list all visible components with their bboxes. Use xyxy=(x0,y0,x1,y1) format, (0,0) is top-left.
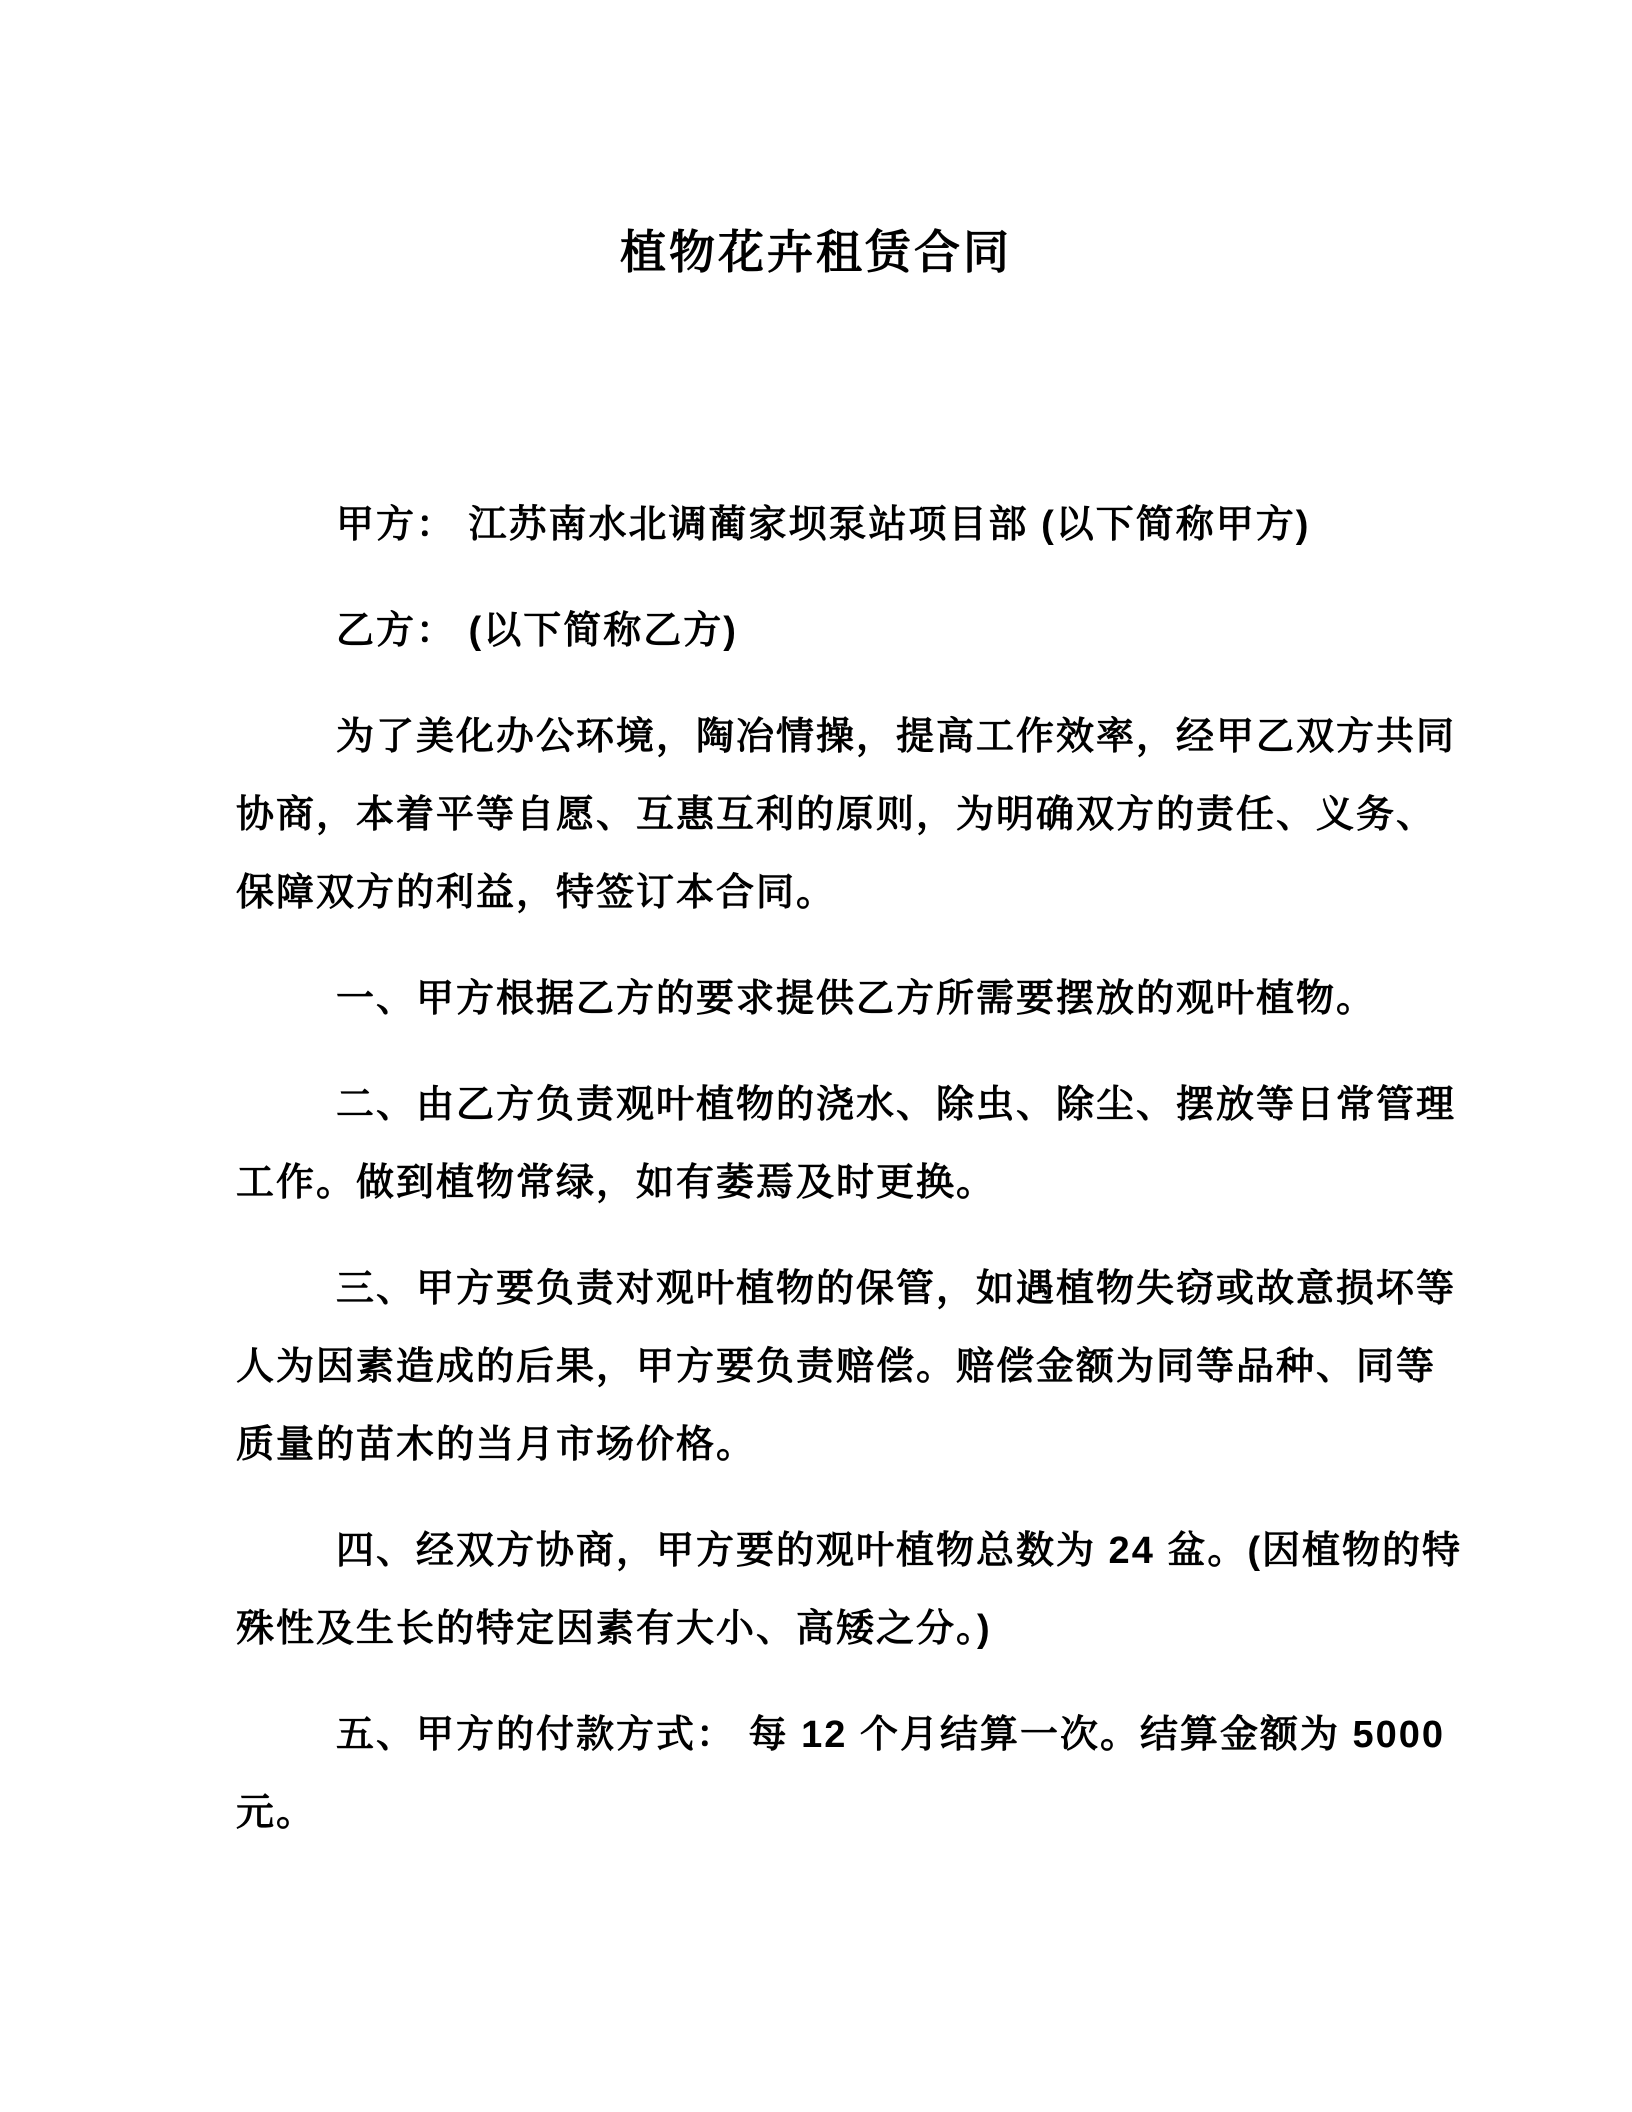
document-title: 植物花卉租赁合同 xyxy=(0,222,1632,282)
clause-2-paragraph: 二、由乙方负责观叶植物的浇水、除虫、除尘、摆放等日常管理 工作。做到植物常绿，如… xyxy=(236,1066,1400,1222)
party-b-line: 乙方： (以下简称乙方) xyxy=(236,592,1400,670)
clause-4-line-2: 殊性及生长的特定因素有大小、高矮之分。) xyxy=(236,1590,1400,1668)
preamble-paragraph: 为了美化办公环境，陶冶情操，提高工作效率，经甲乙双方共同 协商，本着平等自愿、互… xyxy=(236,698,1400,932)
clause-3-line-3: 质量的苗木的当月市场价格。 xyxy=(236,1406,1400,1484)
preamble-line-1: 为了美化办公环境，陶冶情操，提高工作效率，经甲乙双方共同 xyxy=(236,698,1400,776)
clause-2-line-2: 工作。做到植物常绿，如有萎焉及时更换。 xyxy=(236,1144,1400,1222)
clause-3-line-1: 三、甲方要负责对观叶植物的保管，如遇植物失窃或故意损坏等 xyxy=(236,1250,1400,1328)
clause-2-line-1: 二、由乙方负责观叶植物的浇水、除虫、除尘、摆放等日常管理 xyxy=(236,1066,1400,1144)
party-b-paragraph: 乙方： (以下简称乙方) xyxy=(236,592,1400,670)
document-body: 甲方： 江苏南水北调蔺家坝泵站项目部 (以下简称甲方) 乙方： (以下简称乙方)… xyxy=(236,486,1400,1852)
clause-4-paragraph: 四、经双方协商，甲方要的观叶植物总数为 24 盆。(因植物的特 殊性及生长的特定… xyxy=(236,1512,1400,1668)
clause-1-paragraph: 一、甲方根据乙方的要求提供乙方所需要摆放的观叶植物。 xyxy=(236,960,1400,1038)
clause-5-paragraph: 五、甲方的付款方式： 每 12 个月结算一次。结算金额为 5000 元。 xyxy=(236,1696,1400,1852)
clause-1-line-1: 一、甲方根据乙方的要求提供乙方所需要摆放的观叶植物。 xyxy=(236,960,1400,1038)
party-a-line: 甲方： 江苏南水北调蔺家坝泵站项目部 (以下简称甲方) xyxy=(236,486,1400,564)
preamble-line-3: 保障双方的利益，特签订本合同。 xyxy=(236,854,1400,932)
clause-5-line-2: 元。 xyxy=(236,1774,1400,1852)
contract-document-page: 植物花卉租赁合同 甲方： 江苏南水北调蔺家坝泵站项目部 (以下简称甲方) 乙方：… xyxy=(0,0,1632,2112)
clause-4-line-1: 四、经双方协商，甲方要的观叶植物总数为 24 盆。(因植物的特 xyxy=(236,1512,1400,1590)
preamble-line-2: 协商，本着平等自愿、互惠互利的原则，为明确双方的责任、义务、 xyxy=(236,776,1400,854)
clause-5-line-1: 五、甲方的付款方式： 每 12 个月结算一次。结算金额为 5000 xyxy=(236,1696,1400,1774)
clause-3-line-2: 人为因素造成的后果，甲方要负责赔偿。赔偿金额为同等品种、同等 xyxy=(236,1328,1400,1406)
clause-3-paragraph: 三、甲方要负责对观叶植物的保管，如遇植物失窃或故意损坏等 人为因素造成的后果，甲… xyxy=(236,1250,1400,1484)
party-a-paragraph: 甲方： 江苏南水北调蔺家坝泵站项目部 (以下简称甲方) xyxy=(236,486,1400,564)
